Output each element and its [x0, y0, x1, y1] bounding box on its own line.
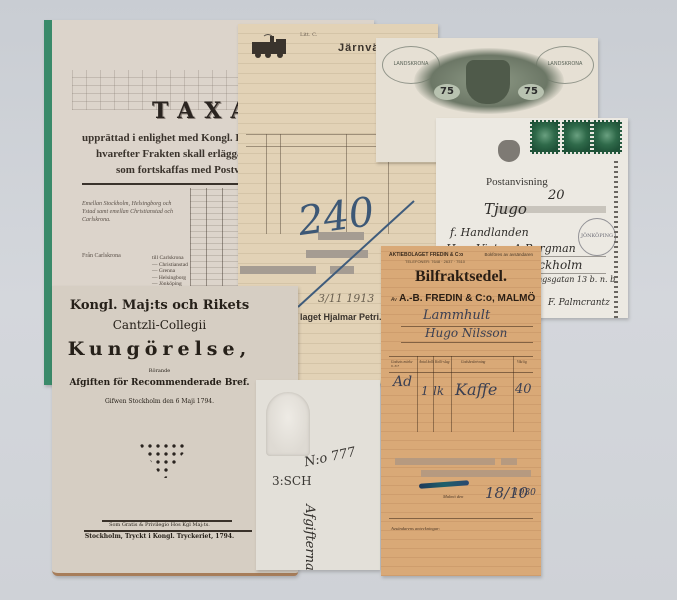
divider: [389, 372, 533, 373]
poster-from-label: Från Carlskrona: [82, 252, 142, 260]
divider: [280, 134, 281, 234]
table-header-cell: Godsbeskrivning: [461, 360, 511, 364]
ink-smear: [419, 480, 469, 488]
phone-line: TELEFONER: 7648 · 2637 · 7510: [405, 259, 465, 264]
notes-label: Avsändarens anteckningar:: [391, 526, 440, 531]
sender-signature: F. Palmcrantz: [548, 298, 610, 308]
postage-stamp: [592, 120, 622, 154]
row-count: 1: [421, 384, 429, 398]
perforation: [614, 158, 618, 318]
divider: [417, 356, 418, 432]
money-order-title: Postanvisning: [486, 176, 548, 188]
indicia-value-left: 75: [434, 84, 460, 100]
shaded-field: [501, 458, 517, 465]
row-weight: 40: [515, 382, 532, 397]
row-mark: Ad: [393, 374, 412, 390]
divider: [401, 342, 533, 343]
firm-name-line: Av A.-B. FREDIN & C:o, MALMÖ: [391, 293, 535, 304]
footer-printer: Stockholm, Tryckt i Kongl. Tryckeriet, 1…: [52, 533, 267, 540]
amount-in-words: Tjugo: [484, 200, 527, 218]
embossed-seal-icon: [266, 392, 310, 456]
poster-routes: Emellan Stockholm, Helsingborg och Ystad…: [82, 200, 182, 224]
amount: 20: [548, 188, 565, 203]
vertical-script: Afgifterna: [302, 504, 317, 570]
embossed-fragment: N:o 777 3:SCH Afgifterna: [256, 380, 380, 570]
locomotive-icon: [250, 34, 290, 59]
printed-label: 3:SCH: [272, 474, 312, 488]
row-description: Kaffe: [455, 380, 497, 399]
city-label: Malmö den: [443, 494, 463, 499]
proclamation-line-2: Cantzli-Collegii: [52, 318, 267, 332]
divider: [451, 356, 452, 432]
postmark-stamp: JÖNKÖPING: [578, 218, 616, 256]
shaded-field: [421, 470, 531, 477]
table-header-cell: Kolli-slag: [435, 360, 457, 364]
footer-privilege: Som Gratis & Privilegio Hos Kgl Maj:ts.: [52, 522, 267, 528]
indicia-value-right: 75: [518, 84, 544, 100]
company-header: AKTIEBOLAGET FREDIN & C:o: [389, 252, 463, 258]
proclamation-subject: Afgiften för Recommenderade Bref.: [52, 378, 267, 388]
shaded-field: [395, 458, 495, 465]
truck-freight-bill: AKTIEBOLAGET FREDIN & C:o Bokföres av av…: [381, 246, 541, 576]
proclamation-line-4: Rörande: [52, 368, 267, 374]
rule: [84, 530, 252, 532]
top-right-note: Bokföres av avsändaren: [484, 252, 533, 257]
row-kind: lk: [433, 384, 444, 398]
divider: [266, 134, 267, 234]
crown-ornament-icon: [138, 434, 190, 478]
bill-title: Bilfraktsedel.: [381, 268, 541, 286]
royal-crest-icon: [498, 140, 520, 162]
proclamation-line-1: Kongl. Maj:ts och Rikets: [52, 298, 267, 313]
firm-prefix: Av: [391, 297, 397, 303]
recipient-line-1: f. Handlanden: [450, 226, 529, 239]
postage-stamp: [562, 120, 592, 154]
coat-of-arms-icon: [466, 60, 510, 104]
divider: [389, 518, 533, 519]
handwritten-number: N:o 777: [303, 445, 357, 470]
proclamation-title: Kungörelse,: [52, 338, 267, 360]
divider: [513, 356, 514, 432]
table-header-cell: Vikt kg: [517, 360, 539, 364]
table-header-cell: Godsets märke o. n:r: [391, 360, 413, 368]
recipient: Hugo Nilsson: [425, 326, 507, 340]
firm-name: A.-B. FREDIN & C:o, MALMÖ: [399, 293, 535, 304]
proclamation-date: Gifwen Stockholm den 6 Maji 1794.: [52, 398, 267, 405]
postage-stamp: [530, 120, 560, 154]
divider: [389, 356, 533, 357]
freight-date: 3/11 1913: [318, 292, 374, 305]
destination: Lammhult: [423, 308, 490, 323]
bill-year: 1930: [513, 488, 536, 498]
shipper-name: laget Hjalmar Petri.: [300, 312, 382, 322]
form-code: Litt. C.: [300, 32, 317, 38]
